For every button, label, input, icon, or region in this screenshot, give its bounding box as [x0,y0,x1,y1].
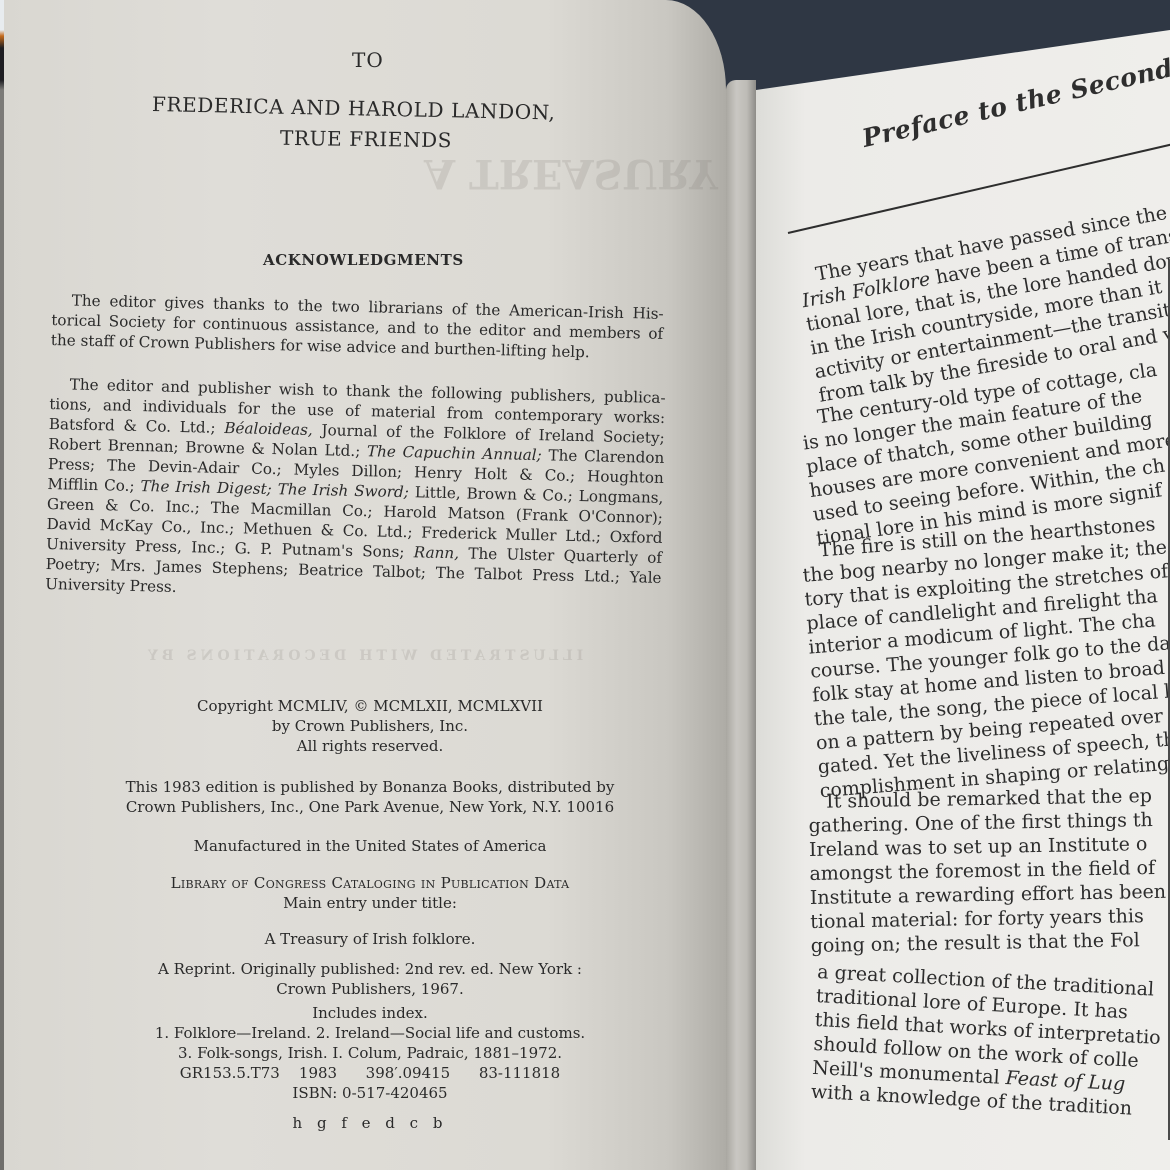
dedication-true-friends: TRUE FRIENDS [280,126,452,152]
edition-notice: This 1983 edition is published by Bonanz… [100,777,640,817]
cip-main-entry: Main entry under title: [100,893,640,913]
book-photo-scene: A TREASURY OF ILLUSTRATED WITH DECORATIO… [0,0,1170,1170]
preface-text-block-4: It should be remarked that the ep gather… [808,784,1167,958]
cip-heading: Library of Congress Cataloging in Public… [100,873,640,893]
cip-subjects: Includes index. 1. Folklore—Ireland. 2. … [100,1003,640,1103]
isbn: ISBN: 0-517-420465 [100,1083,640,1103]
printing-key: h g f e d c b [100,1113,640,1133]
acknowledgments-heading: ACKNOWLEDGMENTS [263,251,464,269]
manufactured-notice: Manufactured in the United States of Ame… [100,836,640,856]
acknowledgments-paragraph-2: The editor and publisher wish to thank t… [45,374,666,608]
cip-title: A Treasury of Irish folklore. [100,929,640,949]
cip-classification: GR153.5.T73 1983 398′.09415 83-111818 [100,1063,640,1083]
italic-title: Rann, [414,543,460,562]
cip-reprint-note: A Reprint. Originally published: 2nd rev… [100,959,640,999]
copyright-notice: Copyright MCMLIV, © MCMLXII, MCMLXVII by… [120,696,620,756]
show-through-subtitle: ILLUSTRATED WITH DECORATIONS BY [144,648,583,664]
preface-text-block-5: a great collection of the traditional tr… [810,960,1163,1122]
preface-text-block-3: The fire is still on the hearthstones th… [800,511,1170,803]
dedication-to: TO [352,48,384,72]
cip-heading-block: Library of Congress Cataloging in Public… [100,873,640,913]
book-gutter [726,80,756,1170]
italic-title: Béaloideas, [224,419,313,439]
